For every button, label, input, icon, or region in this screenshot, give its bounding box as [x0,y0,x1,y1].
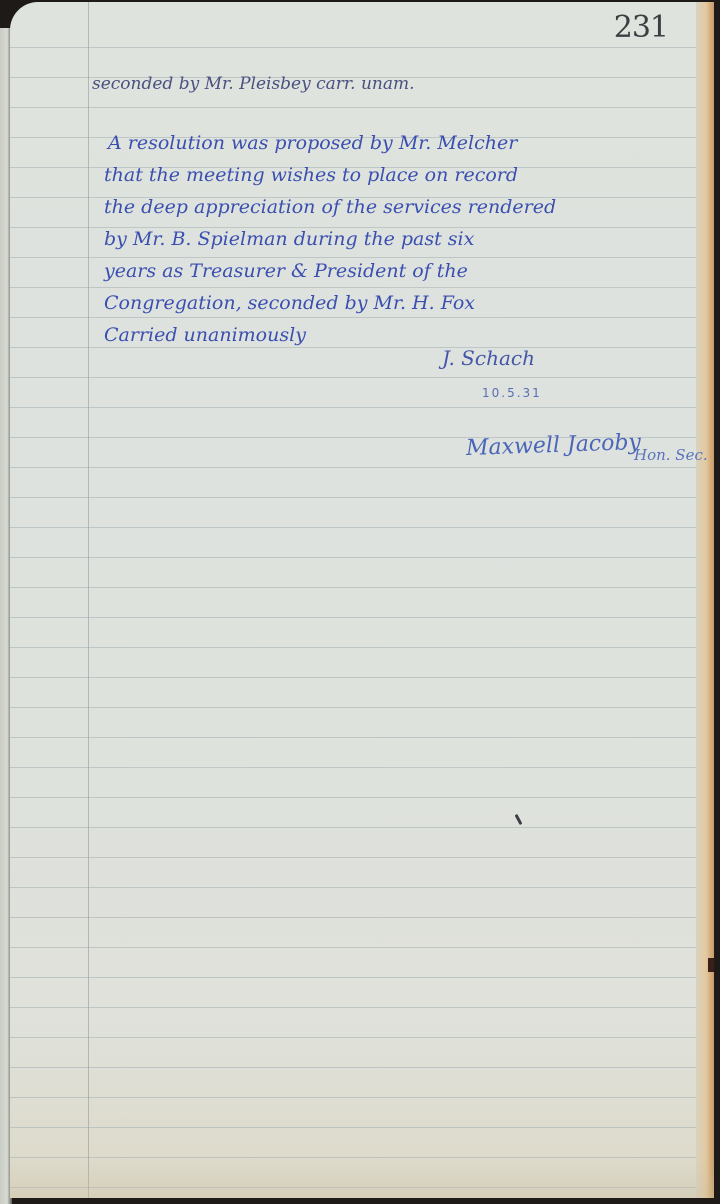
handwritten-line-5: years as Treasurer & President of the [104,260,468,282]
handwritten-line-4: by Mr. B. Spielman during the past six [104,228,474,250]
signature-date: 10.5.31 [482,386,542,400]
handwritten-line-6: Congregation, seconded by Mr. H. Fox [104,292,475,314]
chair-signature: J. Schach [442,346,535,370]
handwritten-line-seconded: seconded by Mr. Pleisbey carr. unam. [92,74,415,94]
handwritten-line-7: Carried unanimously [104,324,306,346]
handwritten-line-1: A resolution was proposed by Mr. Melcher [108,132,517,154]
page-bottom-shading [10,1158,714,1198]
page-fore-edge [696,2,714,1198]
handwritten-line-2: that the meeting wishes to place on reco… [104,164,518,186]
margin-rule [88,2,89,1198]
scanned-page-image: 231 seconded by Mr. Pleisbey carr. unam.… [0,0,720,1204]
secretary-title: Hon. Sec. [634,446,708,464]
page-number: 231 [614,10,668,45]
secretary-signature: Maxwell Jacoby [466,430,642,461]
page-edge-mark [708,958,714,972]
handwritten-line-3: the deep appreciation of the services re… [104,196,556,218]
stray-pen-mark [515,814,523,825]
ledger-page: 231 seconded by Mr. Pleisbey carr. unam.… [10,2,714,1198]
